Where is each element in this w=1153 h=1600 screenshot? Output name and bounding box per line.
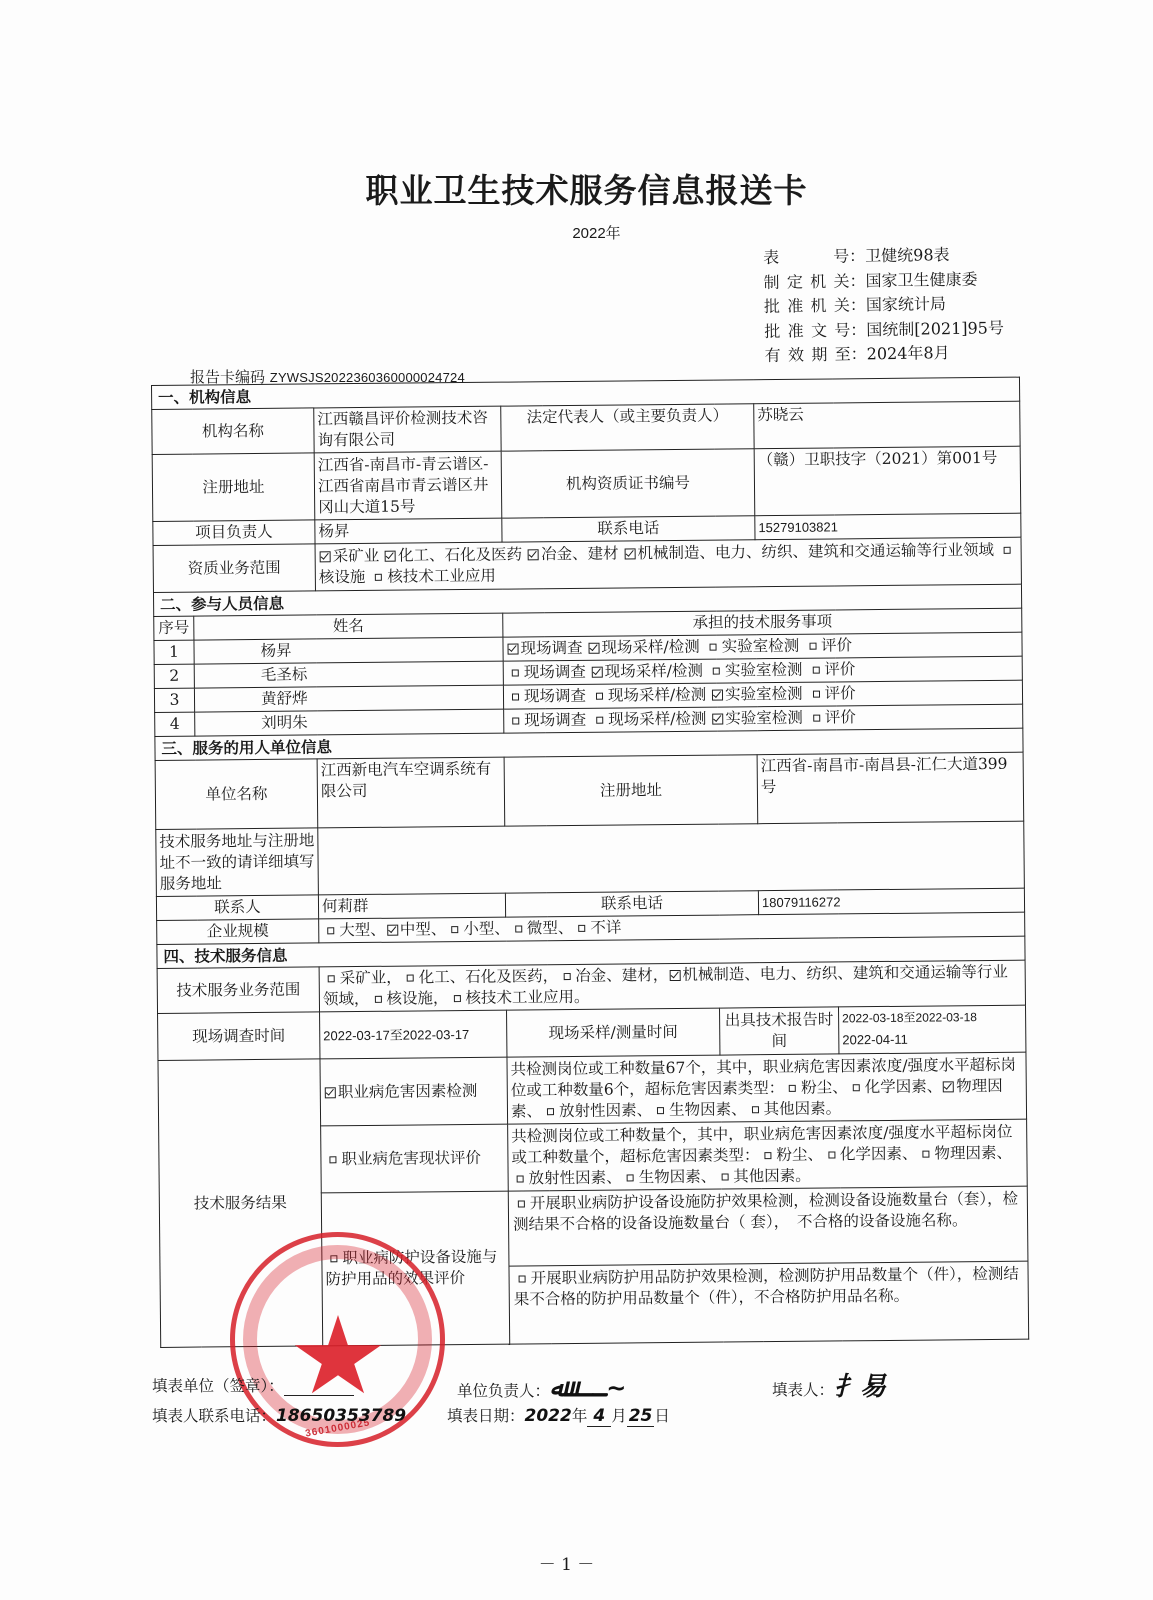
checkbox-empty-icon	[407, 975, 414, 982]
day-suffix: 日	[654, 1407, 670, 1425]
staff-name: 刘明朱	[195, 709, 504, 736]
option-label: 化工、石化及医药	[398, 545, 522, 564]
option-label: 核设施	[386, 989, 433, 1007]
survey-time-value: 2022-03-17至2022-03-17	[320, 1010, 507, 1059]
task-label: 实验室检测	[725, 685, 803, 704]
checkbox-checked-icon	[507, 643, 518, 654]
staff-name: 毛圣标	[194, 661, 503, 688]
separator	[803, 685, 808, 703]
page-number: － 1 －	[0, 1550, 1143, 1575]
legal-rep-value: 苏晓云	[754, 401, 1020, 449]
separator	[379, 547, 384, 565]
separator: 、	[606, 1168, 622, 1186]
checkbox-empty-icon	[710, 644, 717, 651]
org-name-value: 江西赣昌评价检测技术咨询有限公司	[314, 406, 501, 453]
service-scope-checklist: 采矿业，化工、石化及医药，冶金、建材，机械制造、电力、纺织、建筑和交通运输等行业…	[319, 960, 1025, 1012]
task-label: 现场调查	[524, 711, 586, 730]
task-label: 实验室检测	[725, 661, 803, 680]
checkbox-empty-icon	[329, 1156, 336, 1163]
task-label: 现场调查	[524, 687, 586, 706]
staff-name: 杨昇	[194, 637, 503, 664]
meta-key: 批准文号	[764, 318, 850, 344]
separator	[706, 686, 711, 704]
unit-head-field: 单位负责人：ـــﷲ~	[457, 1374, 626, 1402]
contact-phone-label: 联系电话	[505, 891, 758, 917]
checkbox-checked-icon	[592, 667, 603, 678]
filler-phone-label: 填表人联系电话：	[152, 1407, 276, 1425]
checkbox-empty-icon	[327, 927, 334, 934]
checkbox-empty-icon	[853, 1084, 860, 1091]
checkbox-checked-icon	[385, 551, 396, 562]
option-label: 不详	[590, 919, 621, 937]
option-label: 冶金、建材	[541, 545, 619, 564]
protection-result-item: 开展职业病防护用品防护效果检测，检测防护用品数量个（件），检测结果不合格的防护用…	[509, 1262, 1028, 1341]
option-label: 物理因素	[934, 1143, 996, 1162]
form-meta-block: 表 号：卫健统98表制定机关：国家卫生健康委批准机关：国家统计局批准文号：国统制…	[763, 242, 1004, 368]
checkbox-empty-icon	[515, 925, 522, 932]
separator: 、	[701, 1167, 717, 1185]
result-label: 职业病危害现状评价	[341, 1148, 481, 1167]
checkbox-checked-icon	[712, 714, 723, 725]
separator: 、	[526, 1102, 542, 1120]
option-label: 中型	[400, 920, 431, 938]
task-label: 实验室检测	[722, 637, 800, 656]
protection-result-text: 开展职业病防护设备设施防护效果检测，检测设备设施数量台（套），检测结果不合格的设…	[513, 1190, 1018, 1234]
meta-colon: ：	[850, 320, 866, 339]
separator	[994, 541, 999, 559]
option-label: 放射性因素	[529, 1168, 607, 1187]
result-3-label: 职业病防护设备设施与防护用品的效果评价	[321, 1191, 509, 1346]
separator	[703, 662, 708, 680]
service-addr-value	[318, 821, 1025, 895]
scope-checklist: 采矿业 化工、石化及医药 冶金、建材 机械制造、电力、纺织、建筑和交通运输等行业…	[315, 537, 1021, 591]
report-time-text: 2022-04-11	[842, 1032, 908, 1048]
phone-value: 15279103821	[755, 513, 1021, 540]
meta-value: 2024年8月	[867, 343, 950, 363]
separator: 、	[558, 919, 574, 937]
checkbox-empty-icon	[328, 975, 335, 982]
separator: 、	[807, 1145, 823, 1163]
option-label: 其他因素。	[733, 1166, 811, 1185]
task-label: 评价	[821, 636, 852, 654]
cert-no-label: 机构资质证书编号	[501, 449, 755, 518]
meta-key: 批准机关	[764, 294, 850, 320]
unit-sign-field: 填表单位（签章）：	[152, 1374, 354, 1396]
meta-colon: ：	[849, 271, 865, 290]
checkbox-empty-icon	[813, 715, 820, 722]
contact-label: 联系人	[156, 895, 318, 921]
cert-no-value: （赣）卫职技字（2021）第001号	[754, 446, 1021, 516]
task-label: 评价	[825, 708, 856, 726]
option-label: 大型	[339, 921, 370, 939]
option-label: 核技术工业应用	[387, 567, 496, 586]
checkbox-empty-icon	[374, 996, 381, 1003]
checkbox-empty-icon	[512, 693, 519, 700]
results-label: 技术服务结果	[158, 1059, 323, 1348]
staff-no: 3	[154, 688, 194, 712]
meta-row: 制定机关：国家卫生健康委	[763, 267, 1003, 295]
staff-name: 黄舒烨	[194, 685, 503, 712]
checkbox-empty-icon	[596, 693, 603, 700]
meta-value: 卫健统98表	[865, 245, 950, 265]
meta-key: 表 号	[763, 245, 849, 271]
result-label: 职业病危害因素检测	[338, 1081, 478, 1100]
task-label: 现场调查	[524, 663, 586, 682]
result-label: 职业病防护设备设施与防护用品的效果评价	[326, 1248, 498, 1289]
reg-addr-value: 江西省-南昌市-青云谱区-江西省南昌市青云谱区井冈山大道15号	[314, 451, 502, 520]
meta-row: 批准文号：国统制[2021]95号	[764, 316, 1004, 344]
separator	[586, 711, 591, 729]
checkbox-empty-icon	[657, 1107, 664, 1114]
option-label: 采矿业	[340, 969, 387, 987]
unit-head-label: 单位负责人：	[457, 1382, 550, 1400]
checkbox-checked-icon	[712, 690, 723, 701]
checkbox-empty-icon	[813, 691, 820, 698]
staff-no: 2	[154, 664, 194, 688]
meta-row: 表 号：卫健统98表	[763, 242, 1003, 270]
meta-value: 国统制[2021]95号	[866, 318, 1004, 339]
contact-value: 何莉群	[318, 893, 505, 919]
service-scope-label: 技术服务业务范围	[157, 967, 319, 1014]
filler-phone-field: 填表人联系电话：18650353789	[152, 1404, 406, 1426]
unit-name-label: 单位名称	[155, 759, 318, 830]
scope-label: 资质业务范围	[153, 544, 315, 593]
filler-field: 填表人：扌易	[772, 1366, 886, 1403]
report-time-label: 出具技术报告时间	[720, 1007, 839, 1055]
filler-label: 填表人：	[772, 1381, 834, 1399]
checkbox-empty-icon	[812, 667, 819, 674]
separator	[582, 639, 587, 657]
checkbox-checked-icon	[325, 1087, 336, 1098]
checkbox-empty-icon	[375, 574, 382, 581]
report-form: 一、机构信息 机构名称 江西赣昌评价检测技术咨询有限公司 法定代表人（或主要负责…	[151, 377, 1028, 1348]
checkbox-empty-icon	[828, 1151, 835, 1158]
checkbox-checked-icon	[387, 925, 398, 936]
separator: 、	[927, 1077, 943, 1095]
task-label: 现场采样/检测	[601, 638, 699, 657]
option-label: 放射性因素	[559, 1101, 637, 1120]
unit-head-signature: ـــﷲ~	[550, 1374, 626, 1402]
checkbox-empty-icon	[713, 668, 720, 675]
meta-row: 批准机关：国家统计局	[764, 291, 1004, 319]
checkbox-empty-icon	[596, 717, 603, 724]
unit-reg-addr-value: 江西省-南昌市-南昌县-汇仁大道399号	[757, 752, 1024, 824]
separator: 、	[494, 920, 510, 938]
task-label: 现场采样/检测	[608, 686, 706, 705]
meta-colon: ：	[851, 344, 867, 363]
separator: 、	[832, 1078, 848, 1096]
meta-colon: ：	[850, 295, 866, 314]
meta-value: 国家卫生健康委	[865, 269, 977, 290]
checkbox-empty-icon	[517, 1175, 524, 1182]
unit-sign-line	[284, 1379, 354, 1396]
checkbox-empty-icon	[453, 995, 460, 1002]
col-no-header: 序号	[154, 616, 194, 640]
option-label: 生物因素	[639, 1167, 701, 1186]
separator: ，	[653, 966, 669, 984]
phone-label: 联系电话	[502, 516, 755, 542]
separator: 、	[431, 920, 447, 938]
separator	[365, 568, 370, 586]
checkbox-checked-icon	[588, 643, 599, 654]
survey-time-label: 现场调查时间	[158, 1012, 320, 1061]
separator	[700, 638, 705, 656]
result-1-text: 共检测岗位或工种数量67个，其中，职业病危害因素浓度/强度水平超标岗位或工种数量…	[507, 1052, 1027, 1124]
filler-phone-value: 18650353789	[276, 1406, 406, 1426]
size-label: 企业规模	[157, 919, 319, 945]
result-3-text: 开展职业病防护设备设施防护效果检测，检测设备设施数量台（套），检测结果不合格的设…	[508, 1186, 1028, 1344]
document-page: 职业卫生技术服务信息报送卡 2022年 表 号：卫健统98表制定机关：国家卫生健…	[0, 0, 1153, 1600]
fill-date-year: 2022	[525, 1406, 572, 1426]
meta-key: 制定机关	[763, 269, 849, 295]
separator	[618, 544, 623, 562]
filler-signature: 扌易	[834, 1372, 886, 1402]
task-label: 现场调查	[520, 639, 582, 658]
meta-colon: ：	[849, 246, 865, 265]
meta-row: 有效期至：2024年8月	[765, 340, 1005, 368]
option-label: 采矿业	[333, 547, 380, 565]
separator: 、	[636, 1101, 652, 1119]
service-addr-label: 技术服务地址与注册地址不一致的请详细填写服务地址	[156, 828, 319, 897]
protection-result-text: 开展职业病防护用品防护效果检测，检测防护用品数量个（件），检测结果不合格的防护用…	[514, 1265, 1019, 1309]
checkbox-empty-icon	[922, 1150, 929, 1157]
unit-sign-label: 填表单位（签章）：	[152, 1377, 284, 1395]
separator	[803, 709, 808, 727]
task-label: 现场采样/检测	[608, 710, 706, 729]
org-name-label: 机构名称	[152, 408, 314, 455]
option-label: 其他因素。	[763, 1099, 841, 1118]
option-label: 小型	[463, 920, 494, 938]
separator: ，	[543, 967, 559, 985]
separator	[802, 661, 807, 679]
protection-result-item: 开展职业病防护设备设施防护效果检测，检测设备设施数量台（套），检测结果不合格的设…	[509, 1187, 1028, 1267]
option-label: 核技术工业应用。	[465, 988, 589, 1007]
checkbox-empty-icon	[512, 717, 519, 724]
sampling-time-label: 现场采样/测量时间	[507, 1008, 720, 1057]
fill-date-label: 填表日期：	[447, 1407, 525, 1425]
checkbox-empty-icon	[721, 1173, 728, 1180]
checkbox-empty-icon	[512, 669, 519, 676]
meta-key: 有效期至	[765, 343, 851, 369]
checkbox-empty-icon	[330, 1255, 337, 1262]
project-lead-value: 杨昇	[315, 518, 502, 544]
project-lead-label: 项目负责人	[153, 520, 315, 546]
option-label: 微型	[527, 919, 558, 937]
checkbox-empty-icon	[809, 643, 816, 650]
option-label: 核设施	[319, 568, 366, 586]
checkbox-empty-icon	[519, 1275, 526, 1282]
checkbox-checked-icon	[528, 549, 539, 560]
page-title: 职业卫生技术服务信息报送卡	[10, 165, 1153, 212]
separator	[706, 710, 711, 728]
separator	[522, 545, 527, 563]
separator: 、	[731, 1100, 747, 1118]
result-1-label: 职业病危害因素检测	[320, 1057, 508, 1126]
checkbox-empty-icon	[578, 925, 585, 932]
unit-name-value: 江西新电汽车空调系统有限公司	[317, 757, 505, 828]
contact-phone-value: 18079116272	[758, 888, 1024, 915]
checkbox-empty-icon	[627, 1174, 634, 1181]
report-time-value: 2022-03-18至2022-03-18 2022-04-11	[839, 1005, 1026, 1054]
separator	[586, 663, 591, 681]
option-label: 冶金、建材	[575, 966, 653, 985]
task-label: 实验室检测	[725, 709, 803, 728]
sampling-time-value: 2022-03-18至2022-03-18	[842, 1007, 1022, 1030]
reg-addr-label: 注册地址	[152, 453, 315, 522]
separator: ，	[386, 969, 402, 987]
task-label: 评价	[824, 660, 855, 678]
month-suffix: 月	[611, 1407, 627, 1425]
checkbox-checked-icon	[943, 1081, 954, 1092]
option-label: 生物因素	[669, 1100, 731, 1119]
year-suffix: 年	[572, 1407, 588, 1425]
option-label: 粉尘	[776, 1145, 807, 1163]
checkbox-empty-icon	[764, 1152, 771, 1159]
separator: 、	[996, 1143, 1012, 1161]
staff-no: 1	[154, 640, 194, 664]
option-label: 机械制造、电力、纺织、建筑和交通运输等行业领域	[637, 541, 994, 562]
legal-rep-label: 法定代表人（或主要负责人）	[501, 404, 754, 451]
separator: ，	[354, 990, 370, 1008]
checkbox-empty-icon	[1004, 547, 1011, 554]
checkbox-empty-icon	[563, 973, 570, 980]
meta-value: 国家统计局	[866, 294, 946, 314]
separator	[799, 637, 804, 655]
result-2-text: 共检测岗位或工种数量个，其中，职业病危害因素浓度/强度水平超标岗位或工种数量个，…	[508, 1119, 1028, 1191]
checkbox-empty-icon	[752, 1106, 759, 1113]
separator: 、	[370, 921, 386, 939]
fill-date-month: 4	[587, 1406, 611, 1427]
option-label: 粉尘	[801, 1078, 832, 1096]
option-label: 化学因素	[865, 1077, 927, 1096]
fill-date-day: 25	[627, 1406, 655, 1427]
separator	[586, 687, 591, 705]
option-label: 化学因素	[840, 1144, 902, 1163]
task-label: 现场采样/检测	[605, 662, 703, 681]
checkbox-checked-icon	[320, 551, 331, 562]
checkbox-empty-icon	[789, 1084, 796, 1091]
checkbox-checked-icon	[624, 548, 635, 559]
staff-no: 4	[155, 712, 195, 736]
checkbox-empty-icon	[451, 926, 458, 933]
checkbox-empty-icon	[518, 1200, 525, 1207]
checkbox-empty-icon	[547, 1108, 554, 1115]
unit-reg-addr-label: 注册地址	[504, 755, 758, 826]
task-label: 评价	[824, 684, 855, 702]
option-label: 化工、石化及医药	[419, 967, 543, 986]
separator: 、	[902, 1144, 918, 1162]
checkbox-checked-icon	[669, 970, 680, 981]
result-2-label: 职业病危害现状评价	[321, 1124, 509, 1193]
report-year: 2022年	[20, 222, 1153, 243]
fill-date-field: 填表日期：2022年4月25日	[447, 1404, 670, 1426]
separator: ，	[433, 989, 449, 1007]
col-name-header: 姓名	[194, 613, 503, 640]
